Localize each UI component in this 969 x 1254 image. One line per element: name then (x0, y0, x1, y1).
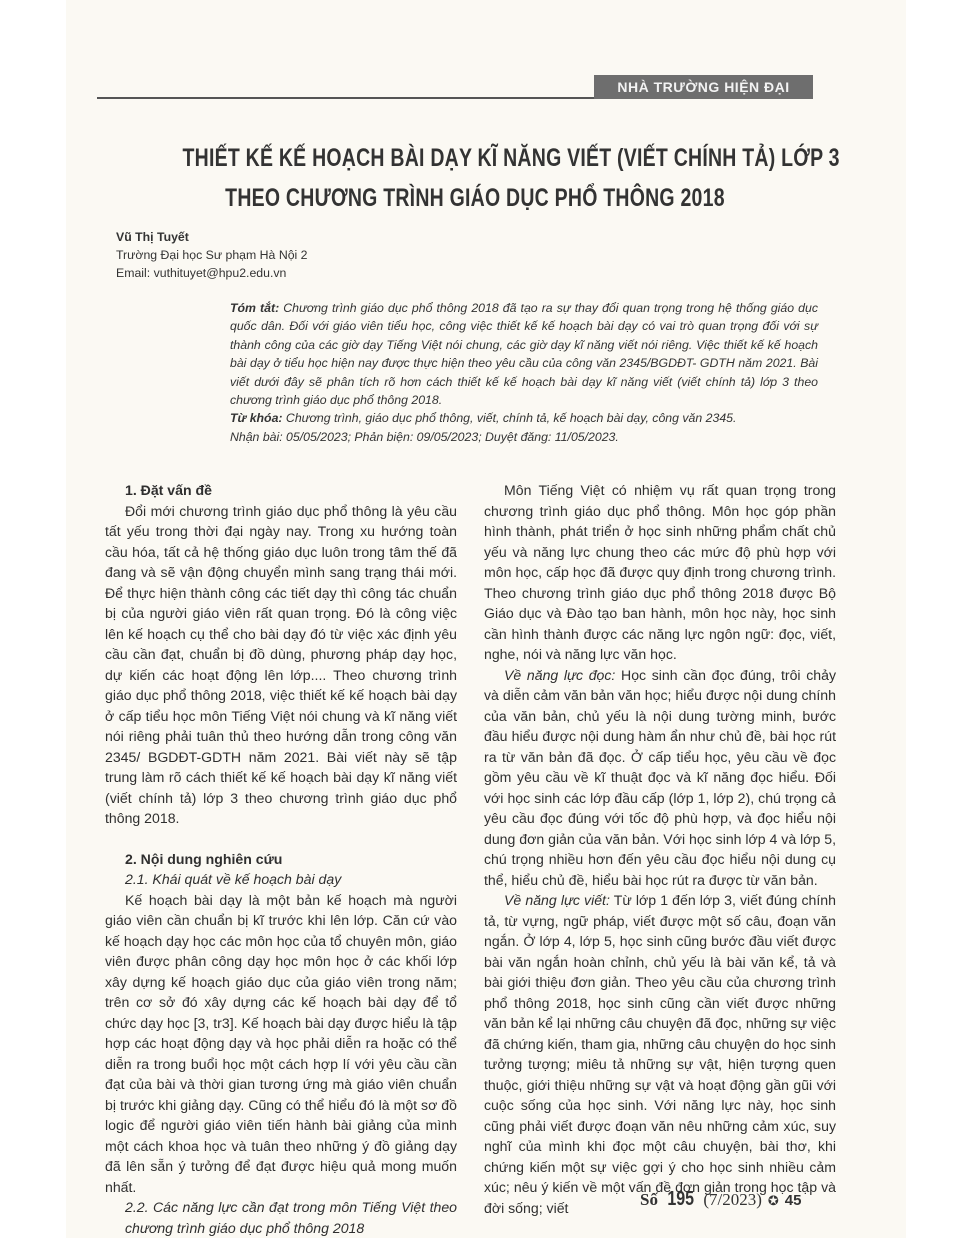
page-footer: Số 195 (7/2023) ✪ 45 (640, 1188, 820, 1211)
left-column: 1. Đặt vấn đề Đổi mới chương trình giáo … (105, 480, 457, 1238)
issue-prefix: Số (640, 1190, 658, 1210)
writing-text: Từ lớp 1 đến lớp 3, viết đúng chính tả, … (484, 892, 836, 1216)
abstract: Tóm tắt: Chương trình giáo dục phổ thông… (230, 299, 818, 446)
right-column: Môn Tiếng Việt có nhiệm vụ rất quan trọn… (484, 480, 836, 1218)
reading-label: Về năng lực đọc: (504, 667, 615, 683)
article-title: THIẾT KẾ KẾ HOẠCH BÀI DẠY KĨ NĂNG VIẾT (… (183, 138, 768, 218)
section-2-1-paragraph: Kế hoạch bài dạy là một bản kế hoạch mà … (105, 890, 457, 1198)
writing-label: Về năng lực viết: (504, 892, 610, 908)
writing-paragraph: Về năng lực viết: Từ lớp 1 đến lớp 3, vi… (484, 890, 836, 1218)
keywords-text: Chương trình, giáo dục phổ thông, viết, … (283, 411, 737, 425)
abstract-summary: Tóm tắt: Chương trình giáo dục phổ thông… (230, 299, 818, 409)
title-line-2: THEO CHƯƠNG TRÌNH GIÁO DỤC PHỔ THÔNG 201… (183, 178, 768, 218)
keywords-label: Từ khóa: (230, 411, 283, 425)
page-number: 45 (785, 1192, 802, 1209)
title-line-1: THIẾT KẾ KẾ HOẠCH BÀI DẠY KĨ NĂNG VIẾT (… (183, 138, 768, 178)
reading-text: Học sinh cần đọc đúng, trôi chảy và diễn… (484, 667, 836, 888)
section-2-2-heading: 2.2. Các năng lực cần đạt trong môn Tiến… (105, 1197, 457, 1238)
author-email: Email: vuthituyet@hpu2.edu.vn (116, 264, 308, 282)
abstract-keywords: Từ khóa: Chương trình, giáo dục phổ thôn… (230, 409, 818, 427)
author-name: Vũ Thị Tuyết (116, 228, 308, 246)
section-badge: NHÀ TRƯỜNG HIỆN ĐẠI (594, 75, 813, 99)
reading-paragraph: Về năng lực đọc: Học sinh cần đọc đúng, … (484, 665, 836, 891)
summary-label: Tóm tắt: (230, 301, 279, 315)
intro-paragraph: Môn Tiếng Việt có nhiệm vụ rất quan trọn… (484, 480, 836, 665)
section-2-1-heading: 2.1. Khái quát về kế hoạch bài dạy (105, 869, 457, 890)
section-2-heading: 2. Nội dung nghiên cứu (105, 849, 457, 870)
issue-date: (7/2023) (703, 1190, 762, 1210)
separator-star-icon: ✪ (768, 1193, 779, 1209)
section-1-heading: 1. Đặt vấn đề (105, 480, 457, 501)
header-rule (97, 97, 597, 99)
abstract-dates: Nhận bài: 05/05/2023; Phản biện: 09/05/2… (230, 428, 818, 446)
author-affiliation: Trường Đại học Sư phạm Hà Nội 2 (116, 246, 308, 264)
summary-text: Chương trình giáo dục phổ thông 2018 đã … (230, 301, 818, 407)
section-1-paragraph: Đổi mới chương trình giáo dục phổ thông … (105, 501, 457, 829)
issue-number: 195 (667, 1188, 694, 1211)
author-block: Vũ Thị Tuyết Trường Đại học Sư phạm Hà N… (116, 228, 308, 282)
